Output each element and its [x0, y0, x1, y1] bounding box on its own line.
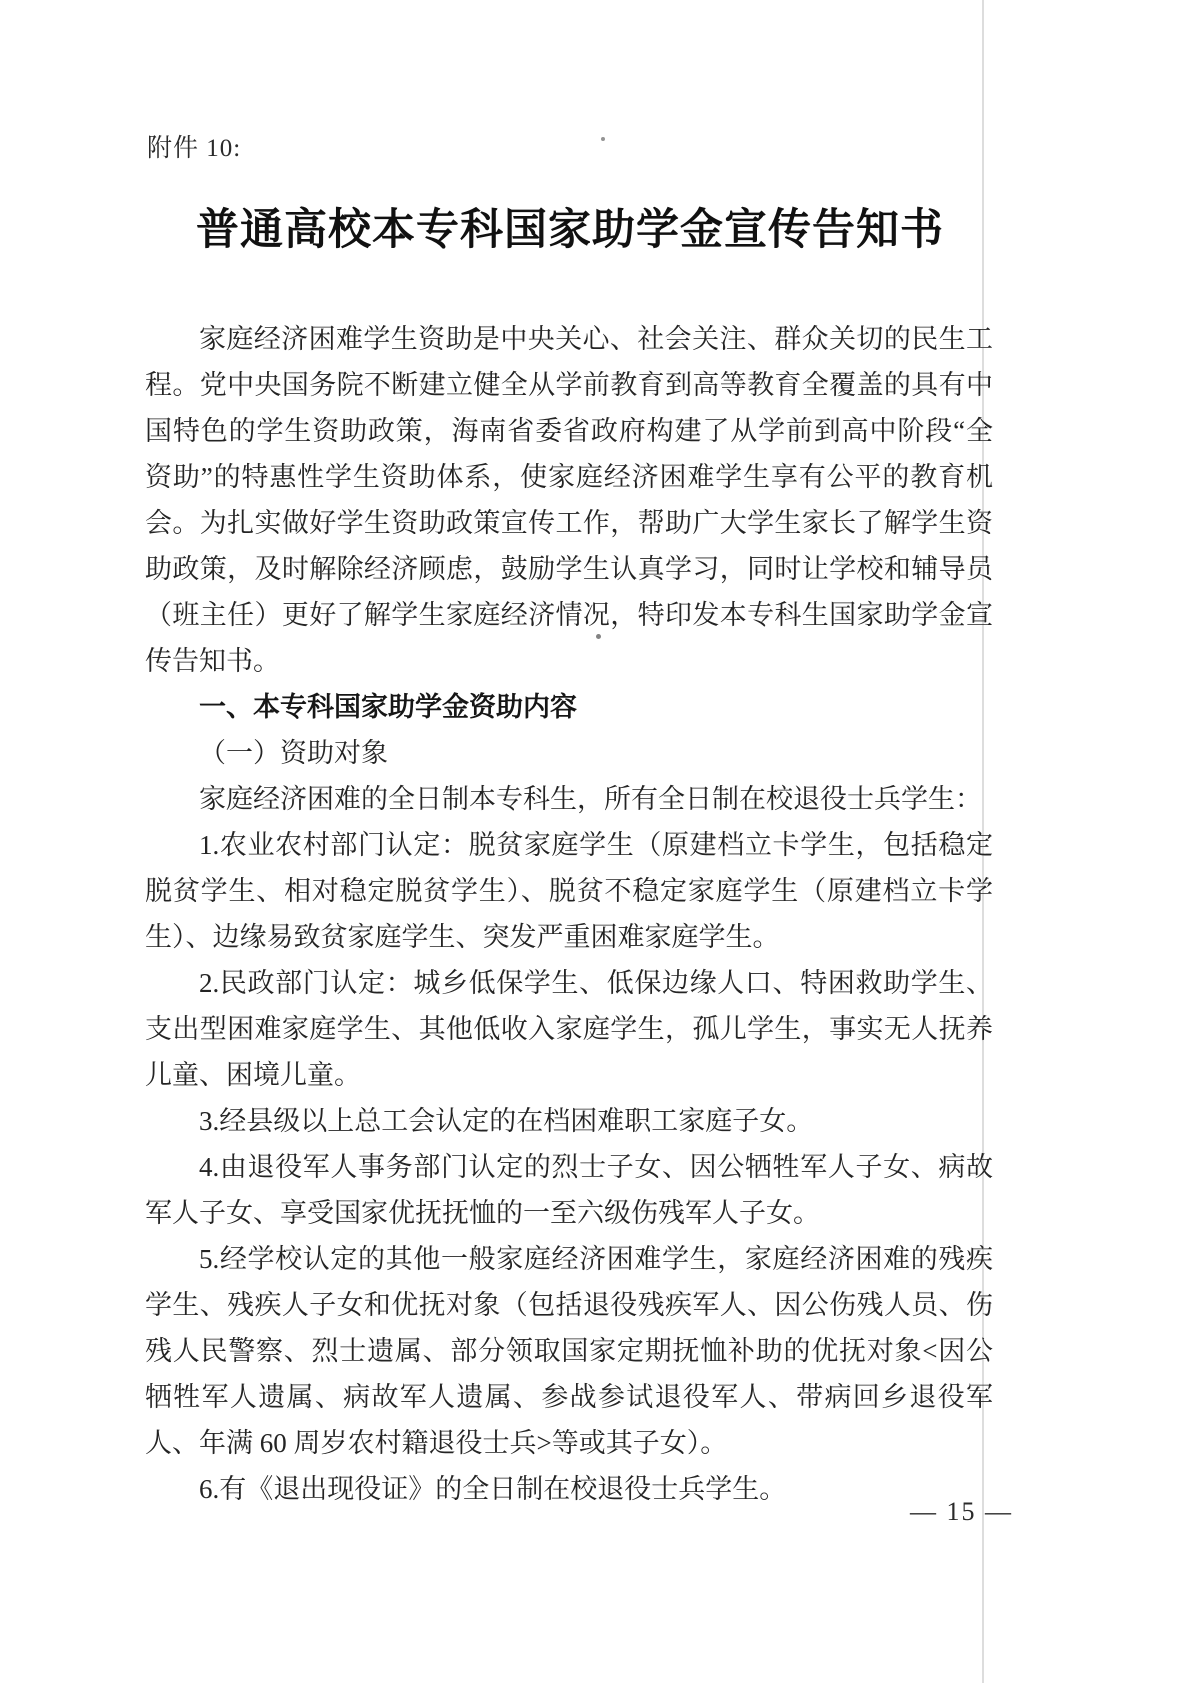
attachment-label: 附件 10: — [147, 128, 241, 164]
paragraph-eligibility-lead: 家庭经济困难的全日制本专科生，所有全日制在校退役士兵学生： — [145, 776, 993, 822]
section-heading-1: 一、本专科国家助学金资助内容 — [145, 684, 993, 730]
document-title: 普通高校本专科国家助学金宣传告知书 — [0, 196, 1140, 257]
list-item-3: 3.经县级以上总工会认定的在档困难职工家庭子女。 — [145, 1098, 993, 1144]
document-page: 附件 10: 普通高校本专科国家助学金宣传告知书 家庭经济困难学生资助是中央关心… — [0, 0, 1190, 1683]
list-item-1: 1.农业农村部门认定：脱贫家庭学生（原建档立卡学生，包括稳定脱贫学生、相对稳定脱… — [145, 822, 993, 960]
list-item-5: 5.经学校认定的其他一般家庭经济困难学生，家庭经济困难的残疾学生、残疾人子女和优… — [145, 1236, 993, 1466]
paragraph-intro: 家庭经济困难学生资助是中央关心、社会关注、群众关切的民生工程。党中央国务院不断建… — [145, 316, 993, 684]
subsection-heading-1-1: （一）资助对象 — [145, 730, 993, 776]
list-item-2: 2.民政部门认定：城乡低保学生、低保边缘人口、特困救助学生、支出型困难家庭学生、… — [145, 960, 993, 1098]
list-item-6: 6.有《退出现役证》的全日制在校退役士兵学生。 — [145, 1466, 993, 1512]
list-item-4: 4.由退役军人事务部门认定的烈士子女、因公牺牲军人子女、病故军人子女、享受国家优… — [145, 1144, 993, 1236]
document-body: 家庭经济困难学生资助是中央关心、社会关注、群众关切的民生工程。党中央国务院不断建… — [145, 316, 993, 1512]
page-number: — 15 — — [910, 1497, 1013, 1527]
scan-artifact-dot — [601, 137, 605, 141]
